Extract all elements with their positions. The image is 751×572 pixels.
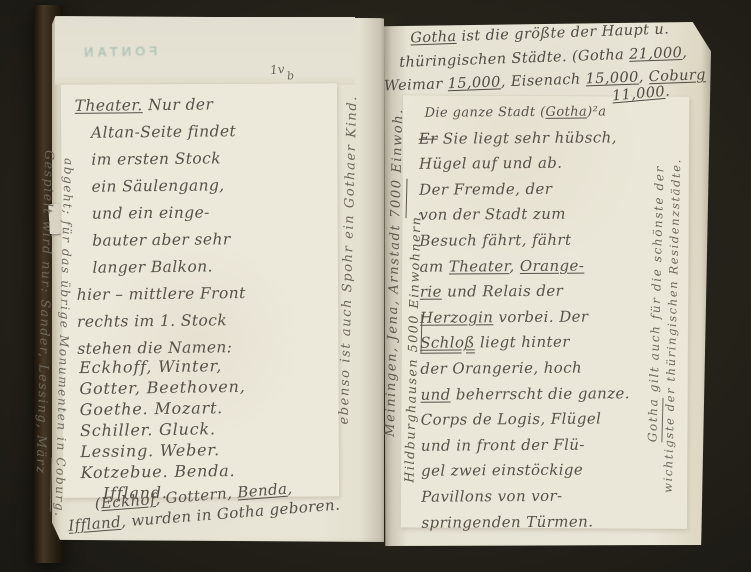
hand-text-segment: Schloß [420, 334, 475, 352]
hand-text-segment: Einwohnern. [406, 210, 424, 314]
hand-text-segment: Hügel auf und ab. [419, 154, 563, 173]
hand-text-segment: von der Stadt zum [419, 205, 566, 224]
hand-text-segment: thüringischen Städte. (Gotha [399, 46, 629, 70]
handwritten-line: und beherrscht die ganze. [420, 381, 630, 408]
hand-text-segment: Altan-Seite findet [91, 122, 236, 142]
hand-text-segment: im ersten Stock [91, 149, 221, 168]
hand-text-segment: Die ganze Stadt ( [425, 105, 546, 121]
hand-text-segment: Theater. [75, 96, 143, 115]
handwritten-line: Die ganze Stadt (Gotha)²a [424, 99, 628, 126]
handwritten-line: Hügel auf und ab. [419, 150, 629, 177]
hand-text-segment: Er [419, 129, 438, 147]
manuscript-photo: FONTAN 1v b Theater. Nur derAltan-Seite … [0, 0, 751, 572]
hand-text-segment: Herzogin [420, 308, 493, 327]
hand-text-segment: am [420, 257, 449, 275]
hand-text-segment: vorbei. Der [493, 307, 588, 326]
left-slip-names-list: Eckhoff, Winter,Gotter, Beethoven,Goethe… [79, 355, 247, 504]
folio-number: 1v [269, 62, 285, 77]
handwritten-line: rie und Relais der [420, 278, 630, 305]
hand-text-segment: Pavillons von vor- [421, 487, 562, 506]
hand-text-segment: und Relais der [442, 282, 563, 301]
handwritten-line: Schiller. Gluck. [80, 418, 246, 441]
hand-text-segment: )²a [587, 104, 606, 119]
handwritten-line: gel zwei einstöckige [421, 458, 631, 485]
handwritten-line: Besuch fährt, fährt [419, 227, 629, 254]
handwritten-line: Lessing. Weber. [80, 439, 246, 462]
left-slip-text-block: Theater. Nur derAltan-Seite findetim ers… [75, 91, 247, 363]
handwritten-line: springenden Türmen. [421, 509, 631, 536]
hand-text-segment: Orange- [520, 256, 585, 274]
handwritten-line: Der Fremde, der [419, 176, 629, 203]
hand-text-segment: Corps de Logis, Flügel [421, 410, 602, 429]
hand-text-segment: Sie liegt sehr hübsch, [438, 128, 617, 147]
hand-text-segment: langer Balkon. [92, 257, 213, 276]
hand-text-segment: , Eisenach [501, 71, 586, 90]
handwritten-line: Schloß liegt hinter [420, 330, 630, 357]
hand-text-segment: 21,000 [629, 45, 683, 63]
handwritten-line: Gotter, Beethoven, [79, 376, 245, 399]
handwritten-line: im ersten Stock [91, 145, 244, 174]
hand-text-segment: Nur der [143, 95, 214, 114]
handwritten-line: der Orangerie, hoch [420, 355, 630, 382]
hand-text-segment: und in front der Flü- [421, 435, 585, 454]
right-slip-text-block: Die ganze Stadt (Gotha)²aEr Sie liegt se… [418, 99, 630, 536]
hand-text-segment: der Orangerie, hoch [420, 359, 582, 378]
hand-text-segment: beherrscht die ganze. [451, 384, 630, 403]
hand-text-segment: Eckhoff, Winter, [79, 356, 222, 377]
hand-text-segment: Coburg [52, 457, 67, 512]
hand-text-segment: , [638, 69, 649, 85]
hand-text-segment: Besuch fährt, fährt [419, 231, 571, 250]
hand-text-segment: und [420, 385, 450, 403]
handwritten-line: hier – mittlere Front [77, 280, 246, 309]
hand-text-segment: rie [420, 283, 442, 301]
hand-text-segment: Weimar [384, 76, 448, 94]
handwritten-line: von der Stadt zum [419, 202, 629, 229]
handwritten-line: am Theater, Orange- [420, 253, 630, 280]
handwritten-line: rechts im 1. Stock [77, 307, 246, 336]
hand-text-segment: 15,000 [585, 70, 639, 88]
hand-text-segment: und ein einge- [92, 203, 210, 222]
hand-text-segment: , [682, 44, 688, 60]
hand-text-segment: gel zwei einstöckige [421, 461, 583, 480]
hand-text-segment: Gotha [645, 397, 660, 442]
hand-text-segment: ein Säulengang, [91, 176, 224, 195]
handwritten-line: bauter aber sehr [92, 226, 245, 255]
hand-text-segment: Lessing. Weber. [80, 440, 220, 461]
handwritten-line: Eckhoff, Winter, [79, 355, 245, 378]
hand-text-segment: bauter aber sehr [92, 230, 231, 249]
hand-text-segment: hier – mittlere Front [77, 284, 246, 304]
hand-text-segment: Kotzebue. Benda. [80, 461, 235, 482]
hand-text-segment: 5000 [405, 314, 421, 353]
hand-text-segment: rechts im 1. Stock [77, 311, 227, 331]
handwritten-line: langer Balkon. [92, 253, 245, 282]
hand-text-segment: , [287, 479, 294, 497]
hand-text-segment: 15,000 [447, 74, 501, 92]
hand-text-segment: Iffland [68, 513, 122, 535]
hand-text-segment: Gotha [545, 105, 587, 120]
handwritten-line: Corps de Logis, Flügel [421, 406, 631, 433]
handwritten-line: und in front der Flü- [421, 432, 631, 459]
handwritten-line: und ein einge- [92, 199, 245, 228]
hand-text-segment: Schiller. Gluck. [80, 419, 216, 440]
folio-mark: 1v b [269, 61, 296, 78]
hand-text-segment: . [52, 512, 66, 518]
hand-text-segment: , [509, 257, 519, 275]
hand-text-segment: Gotter, Beethoven, [79, 377, 245, 398]
handwritten-line: Goethe. Mozart. [80, 397, 246, 420]
handwritten-line: Pavillons von vor- [421, 483, 631, 510]
hand-text-segment: liegt hinter [475, 333, 570, 352]
hand-text-segment: Der Fremde, der [419, 180, 552, 199]
hand-text-segment: Coburg [649, 67, 707, 85]
hand-text-segment: ist die größte der Haupt u. [456, 21, 669, 44]
handwritten-line: Herzogin vorbei. Der [420, 304, 630, 331]
handwritten-line: Altan-Seite findet [91, 118, 244, 147]
hand-text-segment: Goethe. Mozart. [80, 398, 224, 419]
hand-text-segment: Einwoh. [389, 108, 406, 179]
handwritten-line: Theater. Nur der [75, 91, 244, 120]
handwritten-line: ein Säulengang, [91, 172, 244, 201]
hand-text-segment: 7000 [388, 178, 404, 218]
hand-text-segment: Theater [449, 257, 510, 275]
hand-text-segment: springenden Türmen. [421, 512, 593, 531]
handwritten-line: Kotzebue. Benda. [80, 460, 246, 483]
folio-sub-letter: b [286, 69, 294, 83]
library-stamp-mirrored: FONTAN [80, 43, 157, 59]
hand-text-segment: Gotha [410, 29, 457, 47]
handwritten-line: Er Sie liegt sehr hübsch, [419, 125, 629, 152]
